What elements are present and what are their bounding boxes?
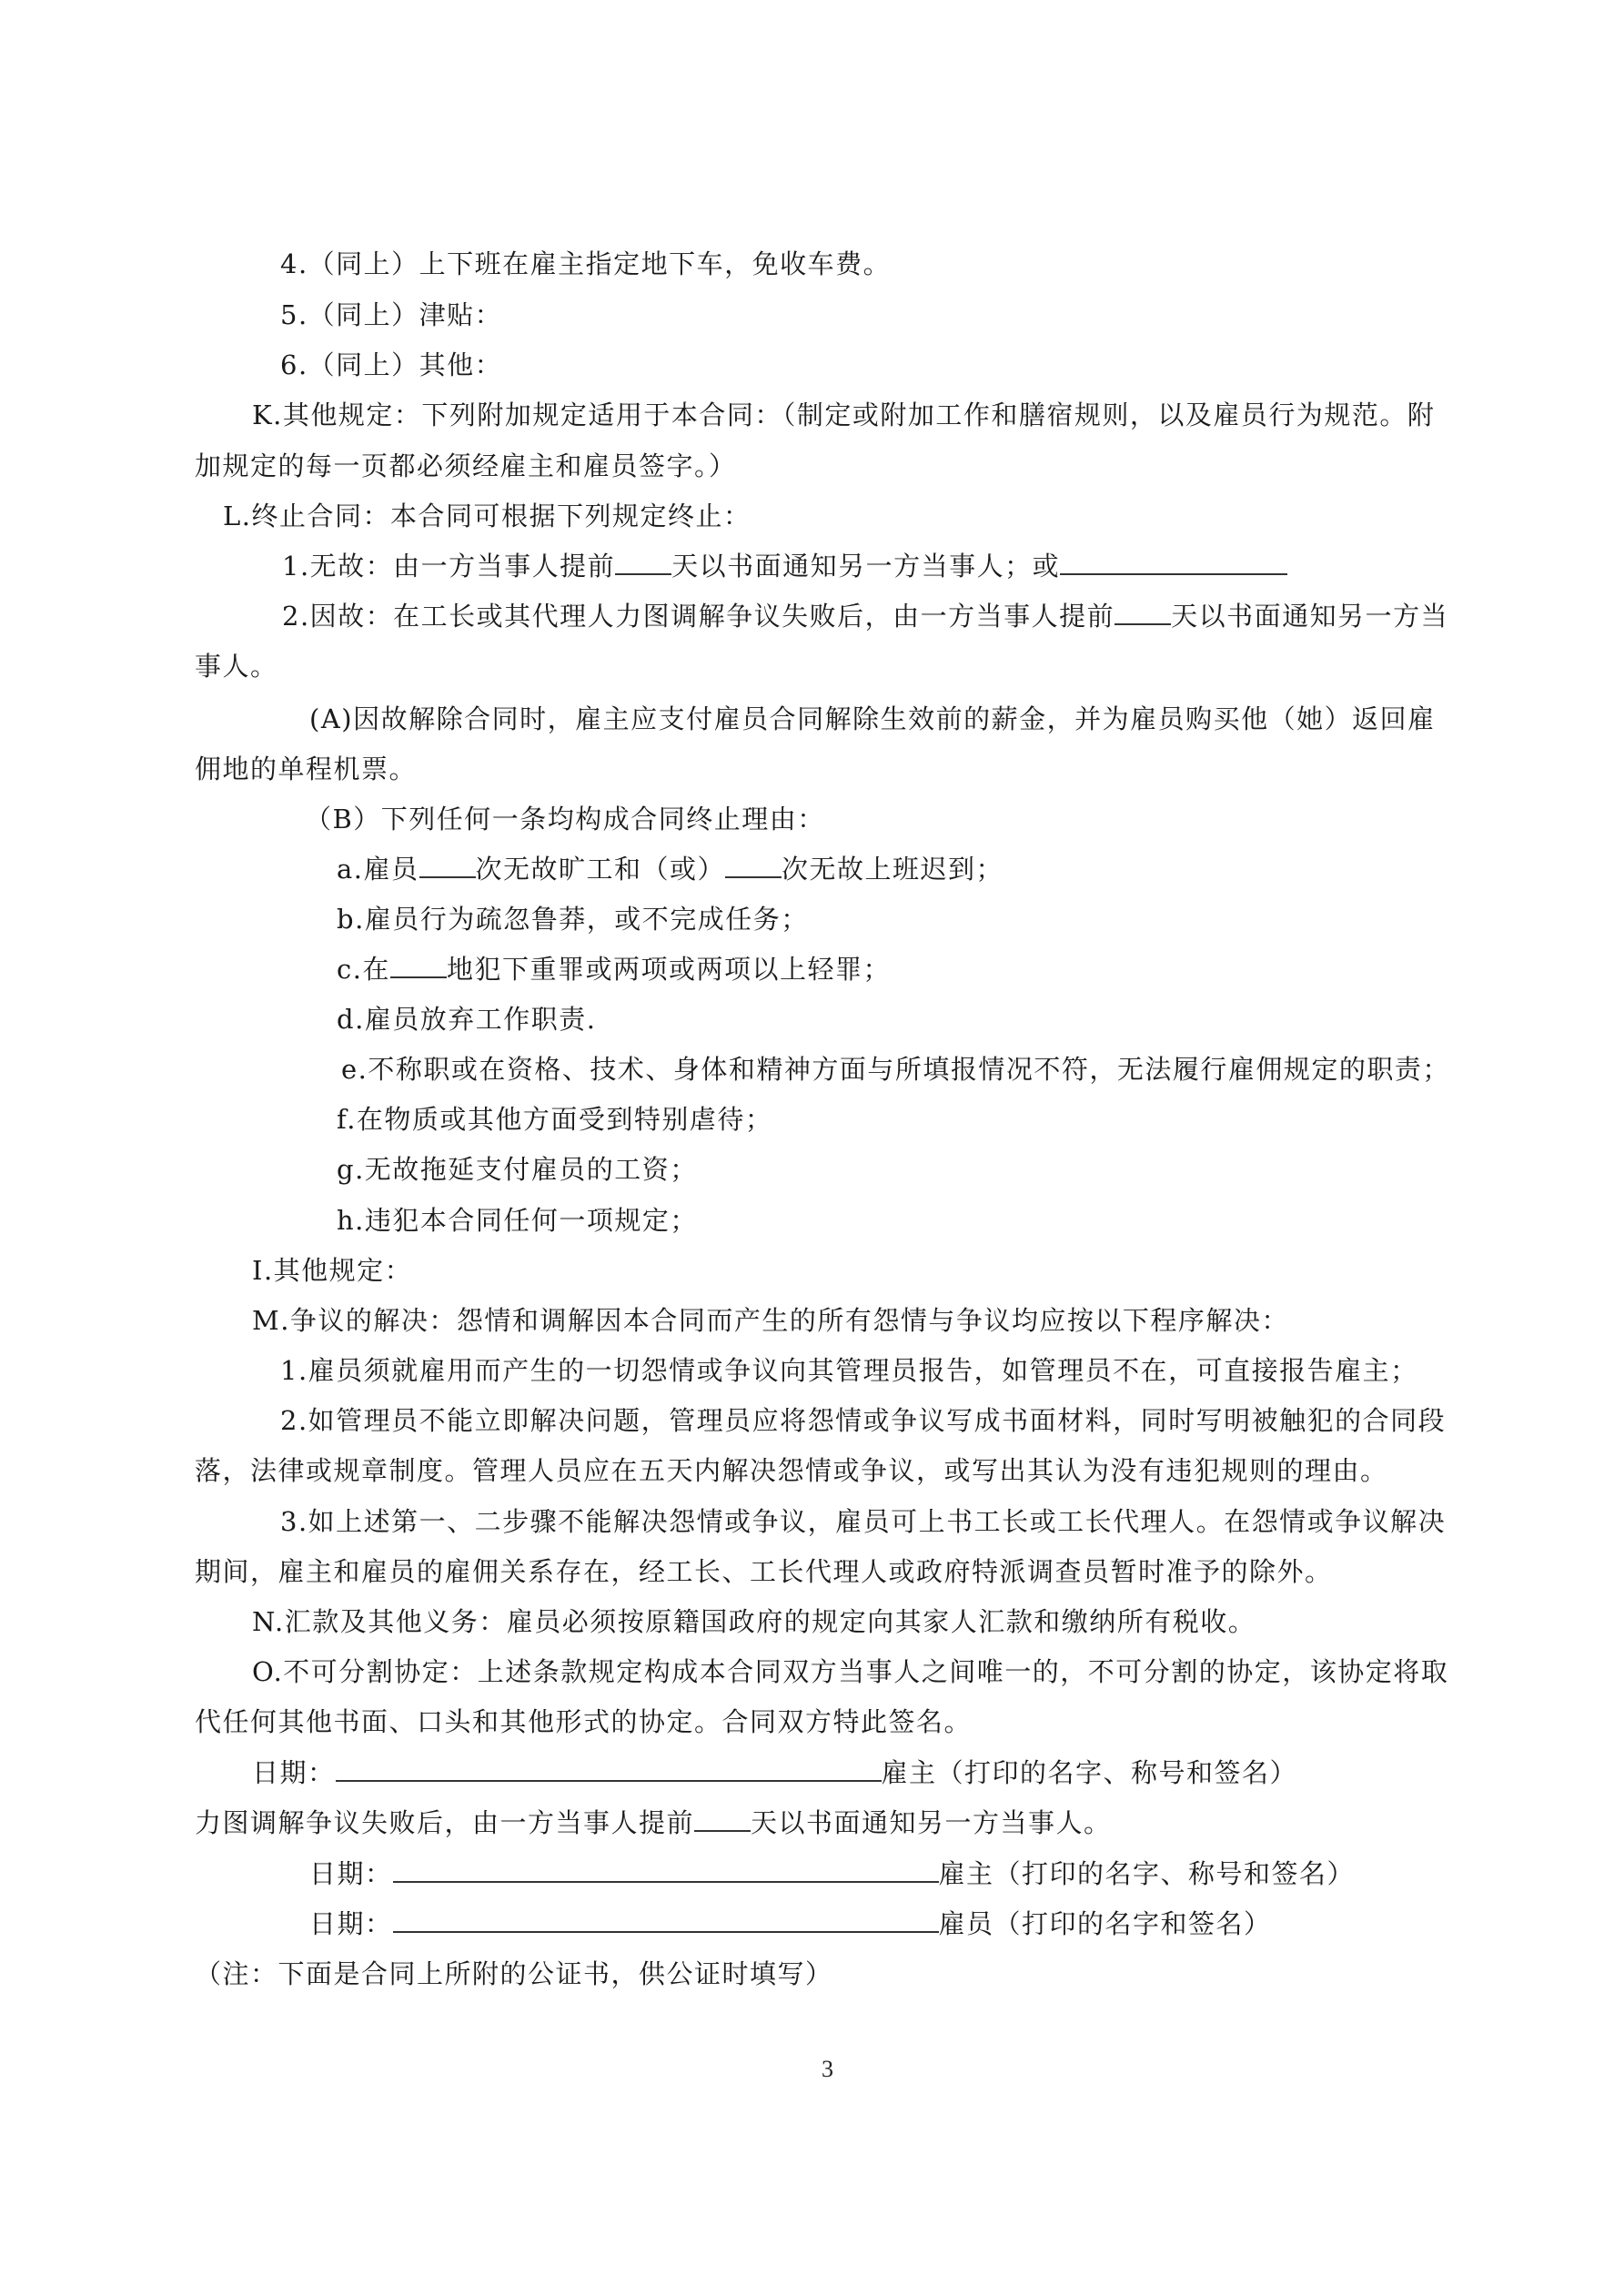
reason-a-after: 次无故上班迟到； <box>782 854 1004 885</box>
section-n: N.汇款及其他义务：雇员必须按原籍国政府的规定向其家人汇款和缴纳所有税收。 <box>252 1605 1256 1638</box>
signature-employer-1: 日期：雇主（打印的名字、称号和签名） <box>252 1756 1297 1789</box>
reason-d: d.雇员放弃工作职责. <box>337 1003 597 1036</box>
section-l-item1: 1.无故：由一方当事人提前天以书面通知另一方当事人；或 <box>282 550 1287 582</box>
section-k-line1: K.其他规定：下列附加规定适用于本合同：（制定或附加工作和膳宿规则，以及雇员行为… <box>252 399 1435 431</box>
section-m-heading: M.争议的解决：怨情和调解因本合同而产生的所有怨情与争议均应按以下程序解决： <box>252 1304 1289 1337</box>
section-m-item1: 1.雇员须就雇用而产生的一切怨情或争议向其管理员报告，如管理员不在，可直接报告雇… <box>280 1354 1418 1387</box>
item2-text-after: 天以书面通知另一方当 <box>1171 601 1448 632</box>
section-o-line1: O.不可分割协定：上述条款规定构成本合同双方当事人之间唯一的，不可分割的协定，该… <box>252 1655 1448 1688</box>
item-j6: 6.（同上）其他： <box>280 349 502 381</box>
section-m-item3-line2: 期间，雇主和雇员的雇佣关系存在，经工长、工长代理人或政府特派调查员暂时准予的除外… <box>195 1555 1333 1588</box>
reason-c: c.在地犯下重罪或两项或两项以上轻罪； <box>337 953 891 986</box>
reason-h: h.违犯本合同任何一项规定； <box>337 1204 698 1237</box>
signature-blank <box>393 1857 939 1883</box>
reason-a-before: a.雇员 <box>337 854 419 885</box>
signature-blank <box>393 1907 939 1933</box>
stray-termination-line: 力图调解争议失败后，由一方当事人提前天以书面通知另一方当事人。 <box>195 1806 1112 1839</box>
section-m-item2-line1: 2.如管理员不能立即解决问题，管理员应将怨情或争议写成书面材料，同时写明被触犯的… <box>280 1404 1446 1437</box>
stray-text-after: 天以书面通知另一方当事人。 <box>751 1807 1112 1838</box>
item1-text-before: 1.无故：由一方当事人提前 <box>282 551 615 582</box>
section-o-line2: 代任何其他书面、口头和其他形式的协定。合同双方特此签名。 <box>195 1705 972 1738</box>
reason-b: b.雇员行为疏忽鲁莽，或不完成任务； <box>337 903 809 936</box>
section-m-item2-line2: 落，法律或规章制度。管理人员应在五天内解决怨情或争议，或写出其认为没有违犯规则的… <box>195 1454 1388 1487</box>
section-i: I.其他规定： <box>252 1254 412 1287</box>
document-page: 4.（同上）上下班在雇主指定地下车，免收车费。 5.（同上）津贴： 6.（同上）… <box>0 0 1624 2296</box>
item1-text-middle: 天以书面通知另一方当事人；或 <box>671 551 1060 582</box>
reason-a-middle: 次无故旷工和（或） <box>476 854 726 885</box>
date-label: 日期： <box>309 1908 393 1939</box>
late-count-blank <box>725 853 782 878</box>
reason-g: g.无故拖延支付雇员的工资； <box>337 1153 698 1186</box>
signature-employee: 日期：雇员（打印的名字和签名） <box>309 1907 1272 1940</box>
reason-f: f.在物质或其他方面受到特别虐待； <box>337 1103 772 1136</box>
location-blank <box>390 953 447 978</box>
reason-a: a.雇员次无故旷工和（或）次无故上班迟到； <box>337 853 1004 885</box>
section-l-b-heading: （B）下列任何一条均构成合同终止理由： <box>305 803 825 835</box>
days-blank <box>615 550 671 575</box>
days-blank <box>694 1806 751 1832</box>
date-label: 日期： <box>309 1858 393 1889</box>
section-l-heading: L.终止合同：本合同可根据下列规定终止： <box>223 500 751 532</box>
days-blank <box>1115 600 1171 625</box>
page-number: 3 <box>822 2055 833 2084</box>
reason-c-after: 地犯下重罪或两项或两项以上轻罪； <box>447 954 891 985</box>
signature-role: 雇主（打印的名字、称号和签名） <box>939 1858 1356 1889</box>
stray-text-before: 力图调解争议失败后，由一方当事人提前 <box>195 1807 694 1838</box>
signature-role: 雇员（打印的名字和签名） <box>939 1908 1272 1939</box>
item-j4: 4.（同上）上下班在雇主指定地下车，免收车费。 <box>280 248 891 280</box>
section-l-item2-line2: 事人。 <box>195 650 278 683</box>
item2-text-before: 2.因故：在工长或其代理人力图调解争议失败后，由一方当事人提前 <box>282 601 1115 632</box>
absence-count-blank <box>419 853 476 878</box>
section-m-item3-line1: 3.如上述第一、二步骤不能解决怨情或争议，雇员可上书工长或工长代理人。在怨情或争… <box>280 1505 1446 1538</box>
item-j5: 5.（同上）津贴： <box>280 298 502 331</box>
signature-employer-2: 日期：雇主（打印的名字、称号和签名） <box>309 1857 1355 1890</box>
section-l-a-line2: 佣地的单程机票。 <box>195 753 417 785</box>
reason-c-before: c.在 <box>337 954 390 985</box>
notary-note: （注：下面是合同上所附的公证书，供公证时填写） <box>195 1957 833 1990</box>
section-l-item2-line1: 2.因故：在工长或其代理人力图调解争议失败后，由一方当事人提前天以书面通知另一方… <box>282 600 1448 632</box>
section-k-line2: 加规定的每一页都必须经雇主和雇员签字。） <box>195 450 737 482</box>
other-reason-blank <box>1060 550 1287 575</box>
reason-e: e.不称职或在资格、技术、身体和精神方面与所填报情况不符，无法履行雇佣规定的职责… <box>341 1053 1450 1086</box>
signature-role: 雇主（打印的名字、称号和签名） <box>882 1757 1298 1788</box>
date-label: 日期： <box>252 1757 336 1788</box>
signature-blank <box>336 1756 882 1782</box>
section-l-a-line1: (A)因故解除合同时，雇主应支付雇员合同解除生效前的薪金，并为雇员购买他（她）返… <box>309 703 1436 735</box>
